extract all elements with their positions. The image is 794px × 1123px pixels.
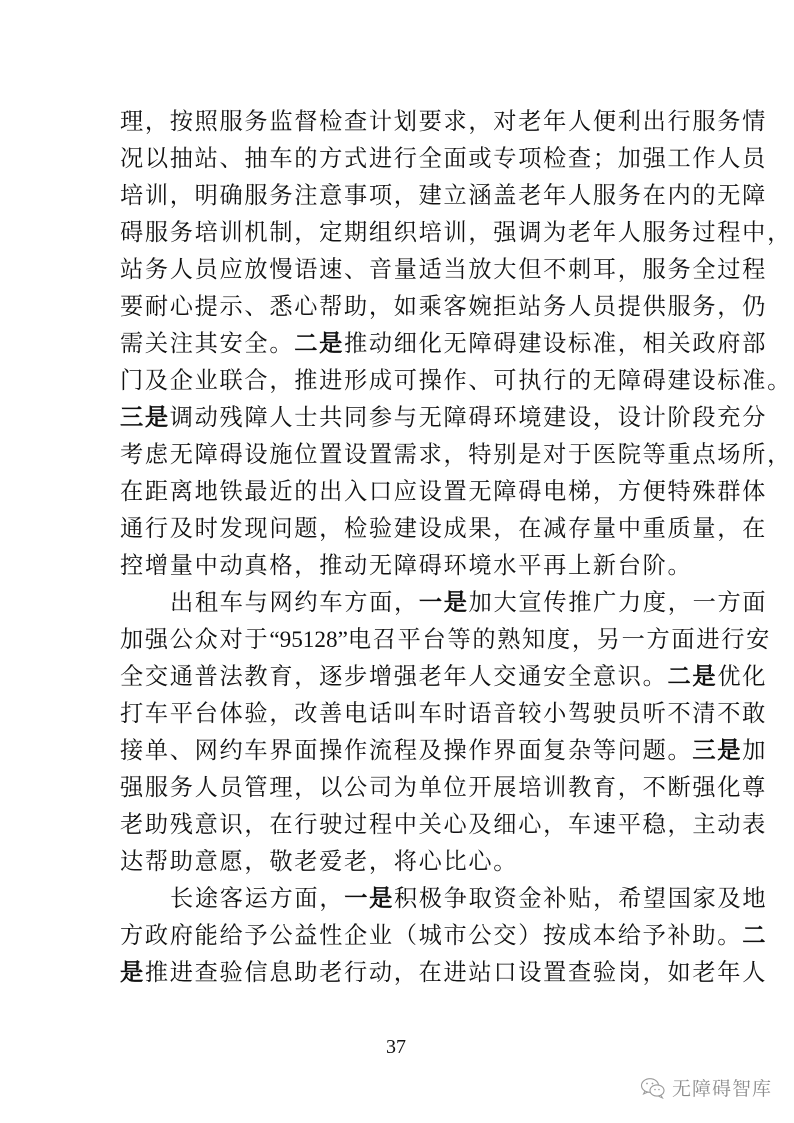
text-segment: 方政府能给予公益性企业（城市公交）按成本给予补助。 (120, 922, 742, 949)
text-segment: 积极争取资金补贴，希望国家及地 (394, 885, 767, 912)
text-segment: “95128” (269, 627, 348, 653)
text-line: 要耐心提示、悉心帮助，如乘客婉拒站务人员提供服务，仍 (120, 288, 676, 325)
bold-keyword: 一是 (419, 589, 469, 616)
text-segment: 在距离地铁最近的出入口应设置无障碍电梯，方便特殊群体 (120, 478, 767, 505)
text-line: 方政府能给予公益性企业（城市公交）按成本给予补助。二 (120, 917, 676, 954)
text-line: 接单、网约车界面操作流程及操作界面复杂等问题。三是加 (120, 732, 676, 769)
page-number: 37 (376, 1036, 416, 1059)
text-segment: 达帮助意愿，敬老爱老，将心比心。 (120, 848, 518, 875)
text-segment: 考虑无障碍设施位置设置需求，特别是对于医院等重点场所， (120, 441, 792, 468)
text-segment: 通行及时发现问题，检验建设成果，在减存量中重质量，在 (120, 515, 767, 542)
text-segment: 需关注其安全。 (120, 330, 294, 357)
text-segment: 推进查验信息助老行动，在进站口设置查验岗，如老年人 (145, 959, 767, 986)
text-segment: 加 (742, 737, 767, 764)
bold-keyword: 是 (120, 959, 145, 986)
text-line: 加强公众对于“95128”电召平台等的熟知度，另一方面进行安 (120, 621, 676, 658)
text-segment: 控增量中动真格，推动无障碍环境水平再上新台阶。 (120, 552, 692, 579)
text-line: 通行及时发现问题，检验建设成果，在减存量中重质量，在 (120, 510, 676, 547)
text-segment: 门及企业联合，推进形成可操作、可执行的无障碍建设标准。 (120, 367, 792, 394)
text-line: 出租车与网约车方面，一是加大宣传推广力度，一方面 (120, 584, 676, 621)
text-line: 培训，明确服务注意事项，建立涵盖老年人服务在内的无障 (120, 177, 676, 214)
text-segment: 老助残意识，在行驶过程中关心及细心，车速平稳，主动表 (120, 811, 767, 838)
wechat-icon (640, 1077, 666, 1099)
text-line: 三是调动残障人士共同参与无障碍环境建设，设计阶段充分 (120, 399, 676, 436)
watermark-text: 无障碍智库 (672, 1074, 772, 1101)
text-line: 站务人员应放慢语速、音量适当放大但不刺耳，服务全过程 (120, 251, 676, 288)
text-segment: 要耐心提示、悉心帮助，如乘客婉拒站务人员提供服务，仍 (120, 293, 767, 320)
text-segment: 碍服务培训机制，定期组织培训，强调为老年人服务过程中， (120, 219, 792, 246)
document-page: 理，按照服务监督检查计划要求，对老年人便利出行服务情况以抽站、抽车的方式进行全面… (0, 0, 794, 1123)
text-line: 强服务人员管理，以公司为单位开展培训教育，不断强化尊 (120, 769, 676, 806)
bold-keyword: 二是 (668, 663, 718, 690)
text-segment: 站务人员应放慢语速、音量适当放大但不刺耳，服务全过程 (120, 256, 767, 283)
body-text: 理，按照服务监督检查计划要求，对老年人便利出行服务情况以抽站、抽车的方式进行全面… (120, 103, 676, 991)
bold-keyword: 三是 (120, 404, 170, 431)
text-segment: 长途客运方面， (170, 885, 344, 912)
text-line: 是推进查验信息助老行动，在进站口设置查验岗，如老年人 (120, 954, 676, 991)
text-segment: 出租车与网约车方面， (170, 589, 419, 616)
text-segment: 加大宣传推广力度，一方面 (469, 589, 768, 616)
text-line: 碍服务培训机制，定期组织培训，强调为老年人服务过程中， (120, 214, 676, 251)
text-line: 理，按照服务监督检查计划要求，对老年人便利出行服务情 (120, 103, 676, 140)
text-line: 况以抽站、抽车的方式进行全面或专项检查；加强工作人员 (120, 140, 676, 177)
text-segment: 理，按照服务监督检查计划要求，对老年人便利出行服务情 (120, 108, 767, 135)
text-line: 控增量中动真格，推动无障碍环境水平再上新台阶。 (120, 547, 676, 584)
text-line: 打车平台体验，改善电话叫车时语音较小驾驶员听不清不敢 (120, 695, 676, 732)
bold-keyword: 一是 (344, 885, 394, 912)
text-segment: 强服务人员管理，以公司为单位开展培训教育，不断强化尊 (120, 774, 767, 801)
text-line: 达帮助意愿，敬老爱老，将心比心。 (120, 843, 676, 880)
text-segment: 培训，明确服务注意事项，建立涵盖老年人服务在内的无障 (120, 182, 767, 209)
text-line: 需关注其安全。二是推动细化无障碍建设标准，相关政府部 (120, 325, 676, 362)
text-line: 考虑无障碍设施位置设置需求，特别是对于医院等重点场所， (120, 436, 676, 473)
watermark: 无障碍智库 (640, 1074, 772, 1101)
bold-keyword: 二是 (294, 330, 344, 357)
text-segment: 接单、网约车界面操作流程及操作界面复杂等问题。 (120, 737, 692, 764)
text-segment: 推动细化无障碍建设标准，相关政府部 (344, 330, 767, 357)
text-line: 在距离地铁最近的出入口应设置无障碍电梯，方便特殊群体 (120, 473, 676, 510)
text-line: 老助残意识，在行驶过程中关心及细心，车速平稳，主动表 (120, 806, 676, 843)
text-segment: 电召平台等的熟知度，另一方面进行安 (348, 626, 771, 653)
text-segment: 优化 (717, 663, 767, 690)
text-segment: 全交通普法教育，逐步增强老年人交通安全意识。 (120, 663, 668, 690)
text-segment: 加强公众对于 (120, 626, 269, 653)
text-segment: 打车平台体验，改善电话叫车时语音较小驾驶员听不清不敢 (120, 700, 767, 727)
bold-keyword: 二 (742, 922, 767, 949)
text-segment: 调动残障人士共同参与无障碍环境建设，设计阶段充分 (170, 404, 767, 431)
text-line: 长途客运方面，一是积极争取资金补贴，希望国家及地 (120, 880, 676, 917)
bold-keyword: 三是 (692, 737, 742, 764)
text-segment: 况以抽站、抽车的方式进行全面或专项检查；加强工作人员 (120, 145, 767, 172)
text-line: 门及企业联合，推进形成可操作、可执行的无障碍建设标准。 (120, 362, 676, 399)
text-line: 全交通普法教育，逐步增强老年人交通安全意识。二是优化 (120, 658, 676, 695)
